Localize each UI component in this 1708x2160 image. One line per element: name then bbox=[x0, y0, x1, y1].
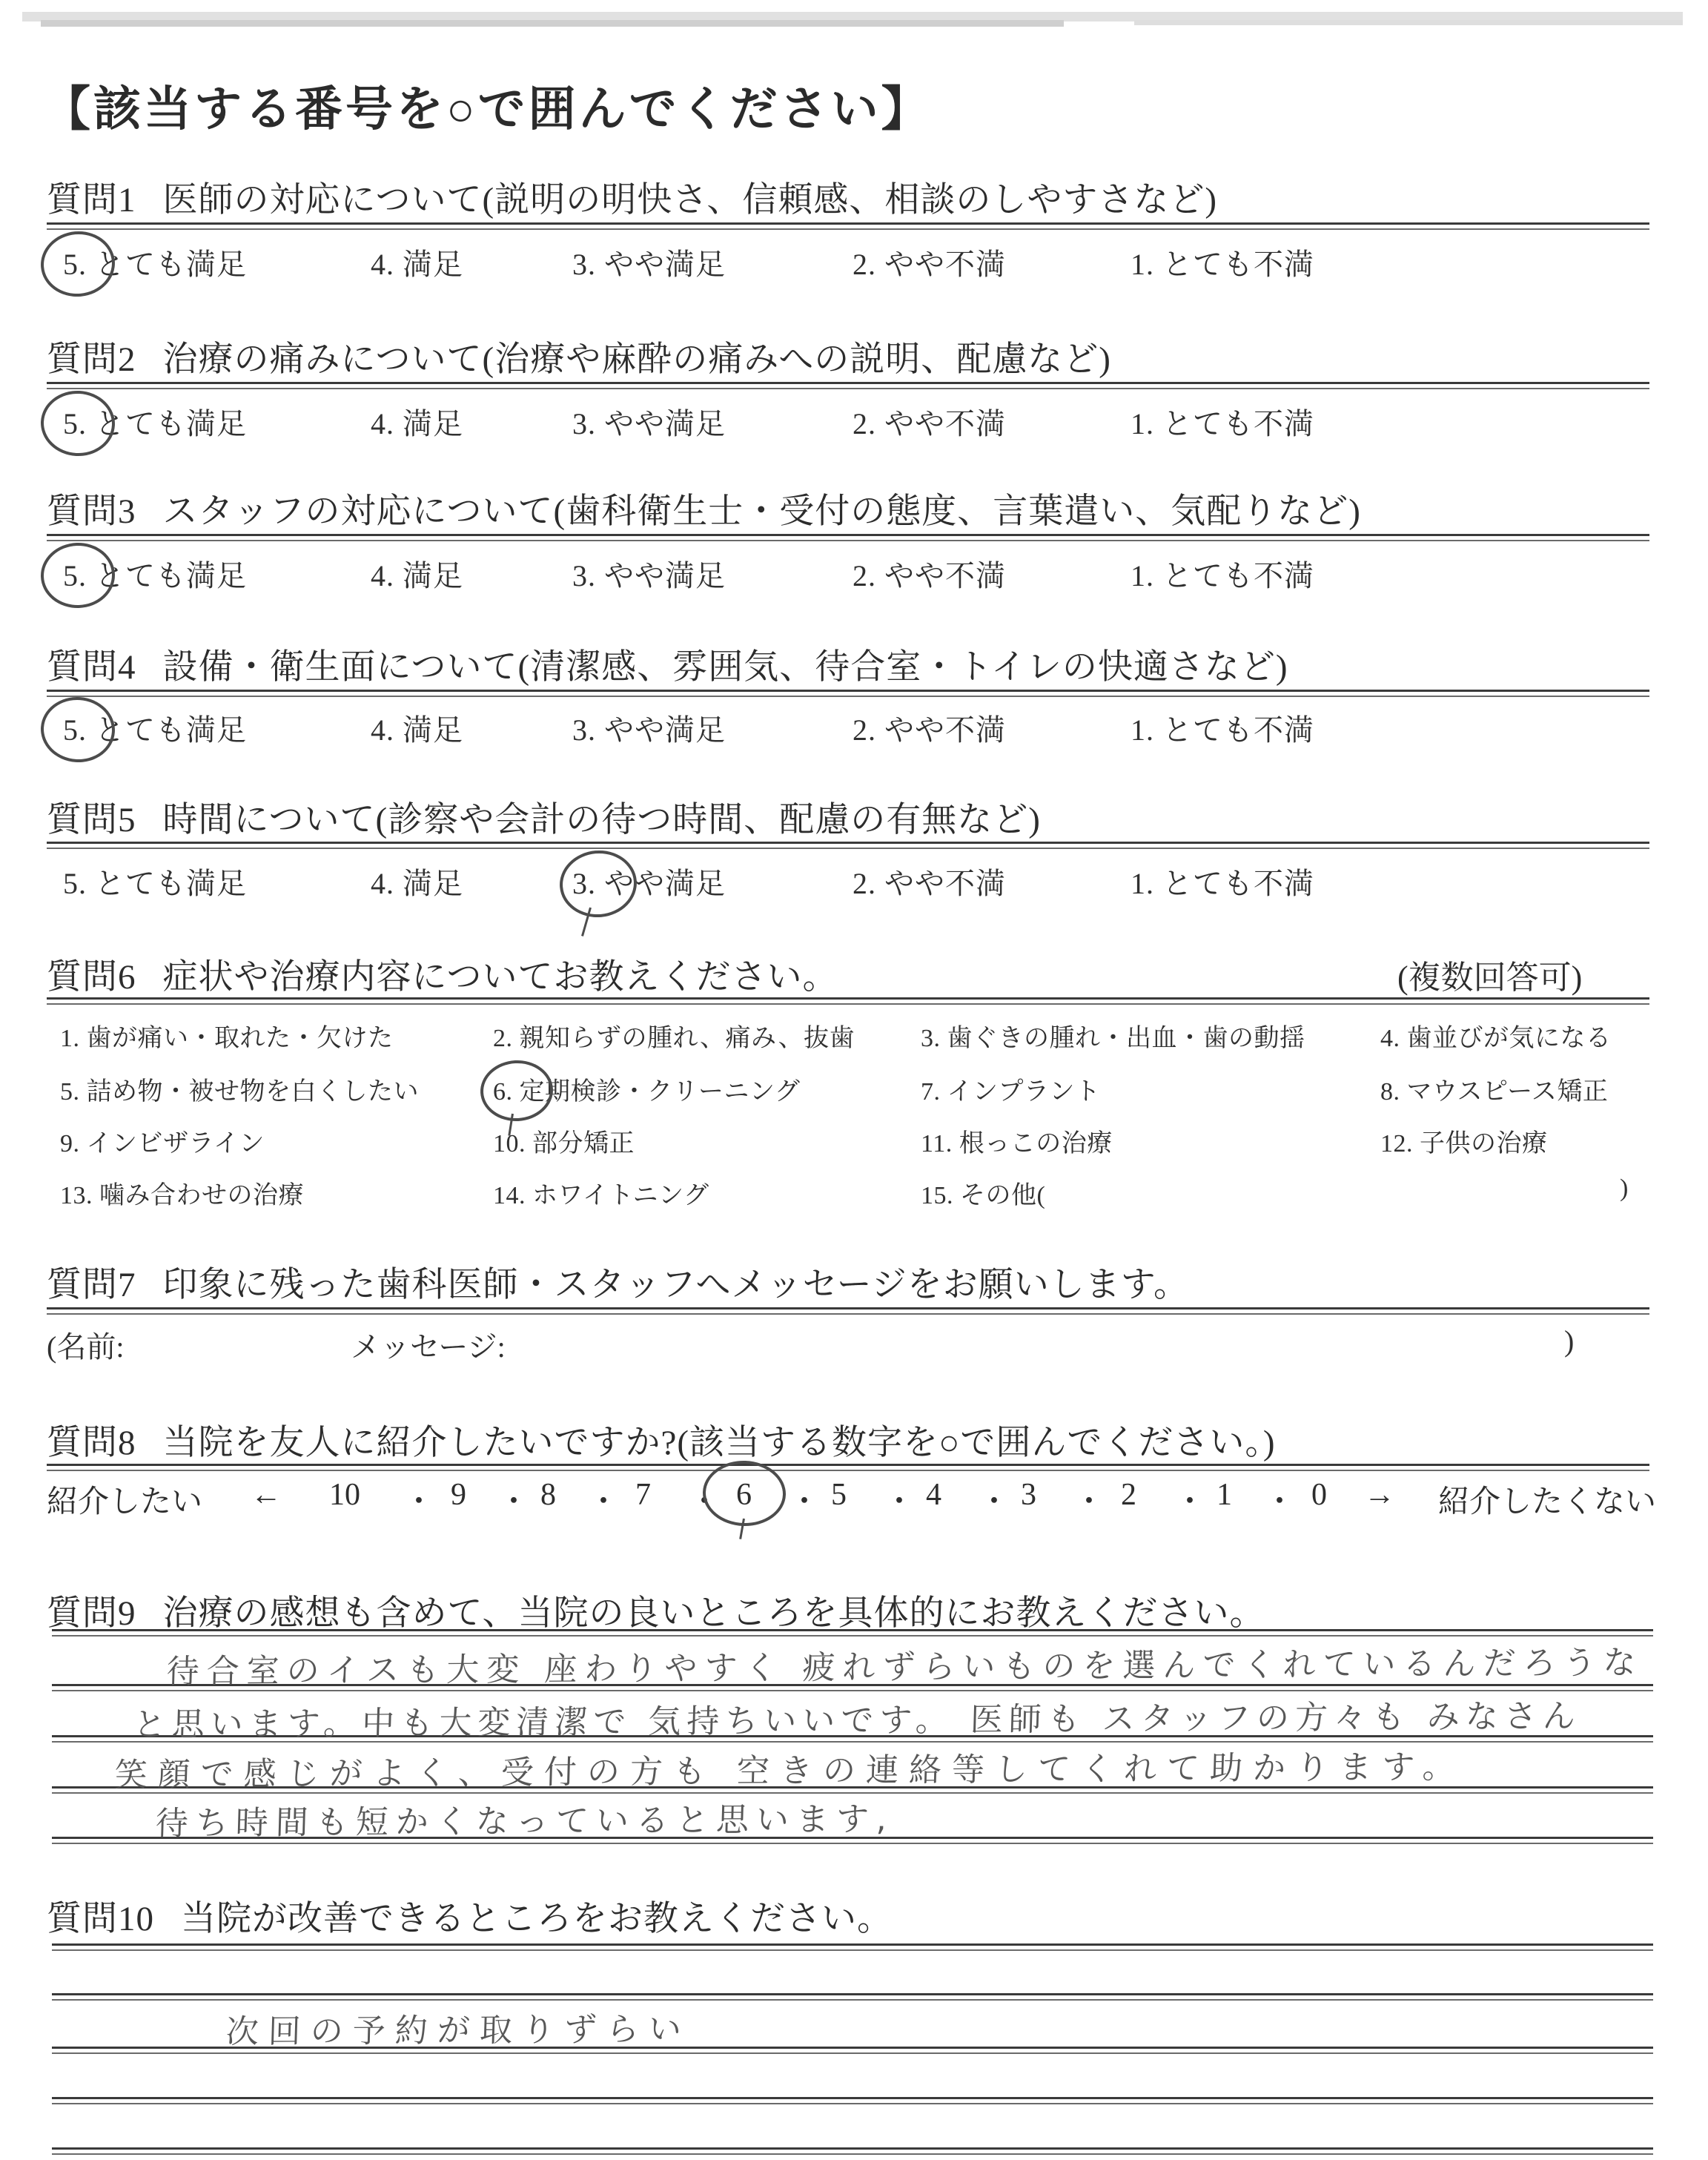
q2-label: 質問2 bbox=[47, 340, 136, 379]
q4-rule bbox=[47, 690, 1649, 697]
q7-close-paren: ) bbox=[1564, 1324, 1574, 1358]
q6-item-3: 3. 歯ぐきの腫れ・出血・歯の動揺 bbox=[921, 1017, 1305, 1054]
q9-handwritten-line-4: 待ち時間も短かくなっていると思います, bbox=[155, 1792, 895, 1844]
q7-name-label: (名前: bbox=[47, 1324, 124, 1366]
q4-options: 5. とても満足 4. 満足 3. やや満足 2. やや不満 1. とても不満 bbox=[0, 707, 1708, 751]
q6-item-15: 15. その他( bbox=[921, 1175, 1045, 1211]
q8-dot: ・ bbox=[1264, 1477, 1295, 1522]
q8-scale-2: 2 bbox=[1121, 1477, 1136, 1513]
q2-rule bbox=[47, 382, 1649, 389]
q8-dot: ・ bbox=[1073, 1477, 1105, 1522]
q2-option-3: 3. やや満足 bbox=[572, 400, 726, 443]
q6-item-1: 1. 歯が痛い・取れた・欠けた bbox=[60, 1017, 394, 1054]
q6-item-10: 10. 部分矯正 bbox=[493, 1123, 635, 1159]
q5-rule bbox=[47, 842, 1649, 849]
q10-title: 当院が改善できるところをお教えください。 bbox=[181, 1900, 893, 1938]
q6-item-8: 8. マウスピース矯正 bbox=[1380, 1071, 1608, 1107]
q1-heading: 質問1医師の対応について(説明の明快さ、信頼感、相談のしやすさなど) bbox=[47, 172, 1217, 222]
q10-handwritten-answer: 次回の予約が取りずらい bbox=[225, 2002, 692, 2052]
q3-heading: 質問3スタッフの対応について(歯科衛生士・受付の態度、言葉遣い、気配りなど) bbox=[47, 483, 1361, 533]
q3-options: 5. とても満足 4. 満足 3. やや満足 2. やや不満 1. とても不満 bbox=[0, 552, 1708, 597]
q8-heading: 質問8当院を友人に紹介したいですか?(該当する数字を○で囲んでください。) bbox=[47, 1415, 1276, 1464]
q4-option-3: 3. やや満足 bbox=[572, 707, 726, 749]
q3-option-4: 4. 満足 bbox=[371, 552, 463, 595]
q6-item-5: 5. 詰め物・被せ物を白くしたい bbox=[60, 1071, 419, 1107]
q6-item-4: 4. 歯並びが気になる bbox=[1380, 1017, 1612, 1054]
q6-item-12: 12. 子供の治療 bbox=[1380, 1123, 1548, 1159]
q8-dot: ・ bbox=[1174, 1477, 1205, 1522]
q4-option-2: 2. やや不満 bbox=[853, 707, 1006, 749]
q10-line-5 bbox=[52, 2147, 1653, 2155]
q1-rule bbox=[47, 222, 1649, 230]
q5-option-2: 2. やや不満 bbox=[853, 860, 1006, 902]
q7-rule bbox=[47, 1307, 1649, 1315]
q6-item-2: 2. 親知らずの腫れ、痛み、抜歯 bbox=[493, 1017, 855, 1054]
q4-title: 設備・衛生面について(清潔感、雰囲気、待合室・トイレの快適さなど) bbox=[163, 648, 1288, 687]
q6-items-row-3: 9. インビザライン 10. 部分矯正 11. 根っこの治療 12. 子供の治療 bbox=[0, 1123, 1708, 1167]
q8-dot: ・ bbox=[884, 1477, 915, 1522]
q3-option-3: 3. やや満足 bbox=[572, 552, 726, 595]
q5-heading: 質問5時間について(診察や会計の待つ時間、配慮の有無など) bbox=[47, 792, 1041, 842]
scan-artifact-line bbox=[1134, 20, 1683, 25]
q9-title: 治療の感想も含めて、当院の良いところを具体的にお教えください。 bbox=[163, 1594, 1265, 1633]
q7-heading: 質問7印象に残った歯科医師・スタッフへメッセージをお願いします。 bbox=[47, 1257, 1189, 1307]
q8-dot: ・ bbox=[498, 1477, 529, 1522]
q8-scale-7: 7 bbox=[635, 1477, 651, 1513]
q9-handwritten-line-2: と思います。中も大変清潔で 気持ちいいです。 医師も スタッフの方々も みなさん bbox=[133, 1689, 1582, 1745]
q5-option-1: 1. とても不満 bbox=[1131, 860, 1314, 902]
q4-label: 質問4 bbox=[47, 648, 136, 687]
q8-scale-4: 4 bbox=[926, 1477, 941, 1513]
page-title: 【該当する番号を○で囲んでください】 bbox=[43, 71, 932, 139]
q3-title: スタッフの対応について(歯科衛生士・受付の態度、言葉遣い、気配りなど) bbox=[163, 492, 1361, 531]
q6-item-14: 14. ホワイトニング bbox=[493, 1175, 709, 1211]
q8-arrow-left: ← bbox=[251, 1477, 282, 1513]
q8-dot: ・ bbox=[403, 1477, 434, 1522]
q10-heading: 質問10当院が改善できるところをお教えください。 bbox=[47, 1891, 893, 1941]
q4-option-1: 1. とても不満 bbox=[1131, 707, 1314, 749]
q1-option-2: 2. やや不満 bbox=[853, 241, 1006, 283]
q10-line-4 bbox=[52, 2097, 1653, 2104]
q2-options: 5. とても満足 4. 満足 3. やや満足 2. やや不満 1. とても不満 bbox=[0, 400, 1708, 445]
q8-title: 当院を友人に紹介したいですか?(該当する数字を○で囲んでください。) bbox=[163, 1424, 1276, 1462]
q6-item-13: 13. 噛み合わせの治療 bbox=[60, 1175, 304, 1211]
q8-dot: ・ bbox=[979, 1477, 1010, 1522]
q8-scale-1: 1 bbox=[1217, 1477, 1232, 1513]
q6-title: 症状や治療内容についてお教えください。 bbox=[163, 958, 838, 997]
q6-items-row-4: 13. 噛み合わせの治療 14. ホワイトニング 15. その他( ) bbox=[0, 1175, 1708, 1219]
q1-circle-mark bbox=[38, 228, 117, 300]
q1-label: 質問1 bbox=[47, 181, 136, 219]
q6-rule bbox=[47, 997, 1649, 1005]
q10-label: 質問10 bbox=[47, 1900, 154, 1938]
q8-rule bbox=[47, 1464, 1649, 1471]
q9-line-1 bbox=[52, 1629, 1653, 1636]
q10-line-1 bbox=[52, 1943, 1653, 1951]
q7-label: 質問7 bbox=[47, 1266, 136, 1304]
q2-option-2: 2. やや不満 bbox=[853, 400, 1006, 443]
q9-handwritten-line-1: 待合室のイスも大変 座わりやすく 疲れずらいものを選んでくれているんだろうな bbox=[166, 1636, 1644, 1692]
scan-artifact-line bbox=[41, 20, 1064, 27]
q1-option-4: 4. 満足 bbox=[371, 241, 463, 283]
q8-arrow-right: → bbox=[1364, 1477, 1395, 1513]
q1-option-3: 3. やや満足 bbox=[572, 241, 726, 283]
q3-option-1: 1. とても不満 bbox=[1131, 552, 1314, 595]
q6-heading: 質問6症状や治療内容についてお教えください。 bbox=[47, 949, 838, 999]
q4-option-4: 4. 満足 bbox=[371, 707, 463, 749]
q9-handwritten-line-3: 笑顔で感じがよく、受付の方も 空きの連絡等してくれて助かります。 bbox=[114, 1740, 1466, 1795]
q2-circle-mark bbox=[39, 389, 116, 458]
q3-label: 質問3 bbox=[47, 492, 136, 531]
q2-title: 治療の痛みについて(治療や麻酔の痛みへの説明、配慮など) bbox=[163, 340, 1111, 379]
q4-circle-mark bbox=[39, 695, 117, 765]
q4-heading: 質問4設備・衛生面について(清潔感、雰囲気、待合室・トイレの快適さなど) bbox=[47, 639, 1288, 689]
q9-label: 質問9 bbox=[47, 1594, 136, 1633]
q5-option-4: 4. 満足 bbox=[371, 860, 463, 902]
q8-left-label: 紹介したい bbox=[47, 1477, 202, 1522]
q2-option-4: 4. 満足 bbox=[371, 400, 463, 443]
q7-answer-row: (名前: メッセージ: ) bbox=[0, 1324, 1708, 1368]
q5-circle-mark bbox=[557, 848, 639, 921]
q1-title: 医師の対応について(説明の明快さ、信頼感、相談のしやすさなど) bbox=[163, 181, 1217, 219]
q8-scale-5: 5 bbox=[831, 1477, 847, 1513]
q1-option-1: 1. とても不満 bbox=[1131, 241, 1314, 283]
q6-item-11: 11. 根っこの治療 bbox=[921, 1123, 1113, 1159]
q3-option-2: 2. やや不満 bbox=[853, 552, 1006, 595]
q6-item-15-close-paren: ) bbox=[1620, 1175, 1629, 1203]
q5-option-5: 5. とても満足 bbox=[63, 860, 247, 902]
q1-options: 5. とても満足 4. 満足 3. やや満足 2. やや不満 1. とても不満 bbox=[0, 241, 1708, 285]
q6-label: 質問6 bbox=[47, 958, 136, 997]
q5-title: 時間について(診察や会計の待つ時間、配慮の有無など) bbox=[163, 801, 1041, 839]
q8-label: 質問8 bbox=[47, 1424, 136, 1462]
q3-circle-mark bbox=[39, 541, 116, 609]
q8-scale-10: 10 bbox=[329, 1477, 360, 1513]
q8-right-label: 紹介したくない bbox=[1438, 1477, 1656, 1522]
q6-item-7: 7. インプラント bbox=[921, 1071, 1101, 1107]
q8-scale-9: 9 bbox=[451, 1477, 466, 1513]
q9-heading: 質問9治療の感想も含めて、当院の良いところを具体的にお教えください。 bbox=[47, 1585, 1265, 1635]
survey-scan-page: { "title": "【該当する番号を○で囲んでください】", "q1": {… bbox=[0, 0, 1708, 2160]
q5-label: 質問5 bbox=[47, 801, 136, 839]
q5-options: 5. とても満足 4. 満足 3. やや満足 2. やや不満 1. とても不満 bbox=[0, 860, 1708, 905]
q8-scale-0: 0 bbox=[1311, 1477, 1327, 1513]
q6-items-row-2: 5. 詰め物・被せ物を白くしたい 6. 定期検診・クリーニング 7. インプラン… bbox=[0, 1071, 1708, 1115]
q7-title: 印象に残った歯科医師・スタッフへメッセージをお願いします。 bbox=[163, 1266, 1189, 1304]
q8-scale-8: 8 bbox=[540, 1477, 556, 1513]
q8-scale-3: 3 bbox=[1021, 1477, 1036, 1513]
q2-option-1: 1. とても不満 bbox=[1131, 400, 1314, 443]
q2-heading: 質問2治療の痛みについて(治療や麻酔の痛みへの説明、配慮など) bbox=[47, 331, 1111, 381]
q8-dot: ・ bbox=[789, 1477, 820, 1522]
q6-item-9: 9. インビザライン bbox=[60, 1123, 265, 1159]
q6-note: (複数回答可) bbox=[1397, 951, 1582, 998]
q8-scale-row: 紹介したい ← 10 ・ 9 ・ 8 ・ 7 ・ 6 ・ 5 ・ 4 ・ 3 ・… bbox=[0, 1477, 1708, 1522]
q8-dot: ・ bbox=[588, 1477, 619, 1522]
q7-message-label: メッセージ: bbox=[351, 1324, 506, 1366]
q10-line-2 bbox=[52, 1993, 1653, 2001]
q6-items-row-1: 1. 歯が痛い・取れた・欠けた 2. 親知らずの腫れ、痛み、抜歯 3. 歯ぐきの… bbox=[0, 1017, 1708, 1062]
q3-rule bbox=[47, 534, 1649, 541]
